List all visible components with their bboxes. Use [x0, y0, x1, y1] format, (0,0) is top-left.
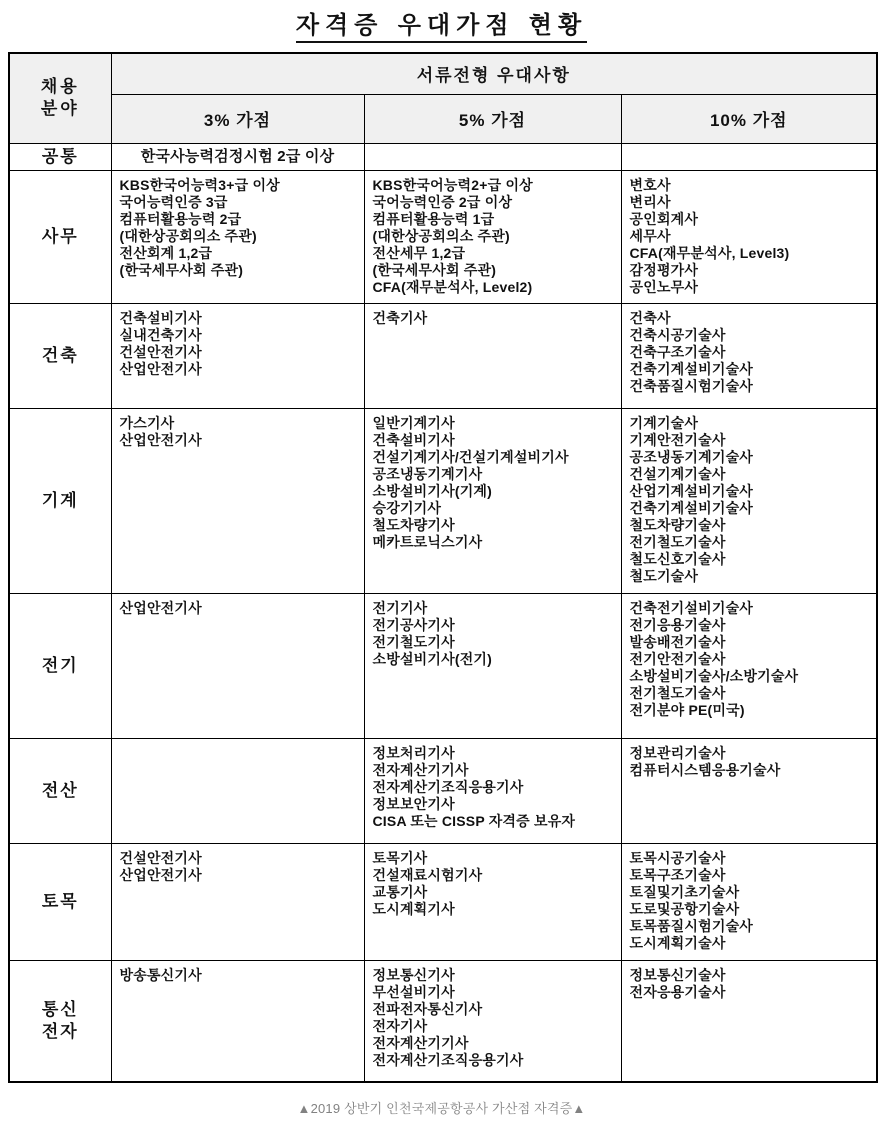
cert-list-cell: 방송통신기사: [111, 960, 364, 1082]
table-row: 기계가스기사 산업안전기사일반기계기사 건축설비기사 건설기계기사/건설기계설비…: [9, 408, 877, 593]
cert-list-cell: 일반기계기사 건축설비기사 건설기계기사/건설기계설비기사 공조냉동기계기사 소…: [364, 408, 621, 593]
cert-list-cell: 정보관리기술사 컴퓨터시스템응용기술사: [621, 738, 877, 843]
cert-list-cell: [364, 143, 621, 170]
table-row: 전산정보처리기사 전자계산기기사 전자계산기조직응용기사 정보보안기사 CISA…: [9, 738, 877, 843]
cert-list-cell: 변호사 변리사 공인회계사 세무사 CFA(재무분석사, Level3) 감정평…: [621, 170, 877, 303]
cert-list-cell: 건축사 건축시공기술사 건축구조기술사 건축기계설비기술사 건축품질시험기술사: [621, 303, 877, 408]
cert-list-cell: 가스기사 산업안전기사: [111, 408, 364, 593]
caption: ▲2019 상반기 인천국제공항공사 가산점 자격증▲: [0, 1098, 883, 1117]
page-title: 자격증 우대가점 현황: [0, 0, 883, 40]
table-row: 사무KBS한국어능력3+급 이상 국어능력인증 3급 컴퓨터활용능력 2급 (대…: [9, 170, 877, 303]
row-field-label: 건축: [9, 303, 111, 408]
table-row: 건축건축설비기사 실내건축기사 건설안전기사 산업안전기사건축기사건축사 건축시…: [9, 303, 877, 408]
header-row-group: 채용 분야 서류전형 우대사항: [9, 53, 877, 94]
document-page: 자격증 우대가점 현황 채용 분야 서류전형 우대사항 3% 가점 5% 가점 …: [0, 0, 883, 1125]
cert-list-cell: KBS한국어능력2+급 이상 국어능력인증 2급 이상 컴퓨터활용능력 1급 (…: [364, 170, 621, 303]
cert-list-cell: 정보통신기사 무선설비기사 전파전자통신기사 전자기사 전자계산기기사 전자계산…: [364, 960, 621, 1082]
column-header-5pct: 5% 가점: [364, 94, 621, 143]
table-row: 통신 전자방송통신기사정보통신기사 무선설비기사 전파전자통신기사 전자기사 전…: [9, 960, 877, 1082]
cert-list-cell: 산업안전기사: [111, 593, 364, 738]
cert-list-cell: 건축전기설비기술사 전기응용기술사 발송배전기술사 전기안전기술사 소방설비기술…: [621, 593, 877, 738]
row-field-label: 기계: [9, 408, 111, 593]
column-header-field: 채용 분야: [9, 53, 111, 143]
table-row: 공통한국사능력검정시험 2급 이상: [9, 143, 877, 170]
header-row-percent: 3% 가점 5% 가점 10% 가점: [9, 94, 877, 143]
cert-list-cell: 건축기사: [364, 303, 621, 408]
table-row: 전기산업안전기사전기기사 전기공사기사 전기철도기사 소방설비기사(전기)건축전…: [9, 593, 877, 738]
column-header-3pct: 3% 가점: [111, 94, 364, 143]
cert-list-cell: [621, 143, 877, 170]
table-header: 채용 분야 서류전형 우대사항 3% 가점 5% 가점 10% 가점: [9, 53, 877, 143]
cert-list-cell: 토목기사 건설재료시험기사 교통기사 도시계획기사: [364, 843, 621, 960]
page-title-text: 자격증 우대가점 현황: [296, 10, 587, 43]
cert-list-cell: [111, 738, 364, 843]
cert-list-cell: 토목시공기술사 토목구조기술사 토질및기초기술사 도로및공항기술사 토목품질시험…: [621, 843, 877, 960]
row-field-label: 공통: [9, 143, 111, 170]
column-header-10pct: 10% 가점: [621, 94, 877, 143]
table-body: 공통한국사능력검정시험 2급 이상사무KBS한국어능력3+급 이상 국어능력인증…: [9, 143, 877, 1082]
row-field-label: 사무: [9, 170, 111, 303]
cert-list-cell: 한국사능력검정시험 2급 이상: [111, 143, 364, 170]
cert-list-cell: 전기기사 전기공사기사 전기철도기사 소방설비기사(전기): [364, 593, 621, 738]
cert-list-cell: KBS한국어능력3+급 이상 국어능력인증 3급 컴퓨터활용능력 2급 (대한상…: [111, 170, 364, 303]
cert-list-cell: 정보처리기사 전자계산기기사 전자계산기조직응용기사 정보보안기사 CISA 또…: [364, 738, 621, 843]
table-row: 토목건설안전기사 산업안전기사토목기사 건설재료시험기사 교통기사 도시계획기사…: [9, 843, 877, 960]
row-field-label: 전기: [9, 593, 111, 738]
column-header-group: 서류전형 우대사항: [111, 53, 877, 94]
cert-list-cell: 건설안전기사 산업안전기사: [111, 843, 364, 960]
cert-list-cell: 정보통신기술사 전자응용기술사: [621, 960, 877, 1082]
certificate-preference-table: 채용 분야 서류전형 우대사항 3% 가점 5% 가점 10% 가점 공통한국사…: [8, 52, 878, 1083]
cert-list-cell: 건축설비기사 실내건축기사 건설안전기사 산업안전기사: [111, 303, 364, 408]
row-field-label: 전산: [9, 738, 111, 843]
row-field-label: 토목: [9, 843, 111, 960]
cert-list-cell: 기계기술사 기계안전기술사 공조냉동기계기술사 건설기계기술사 산업기계설비기술…: [621, 408, 877, 593]
row-field-label: 통신 전자: [9, 960, 111, 1082]
